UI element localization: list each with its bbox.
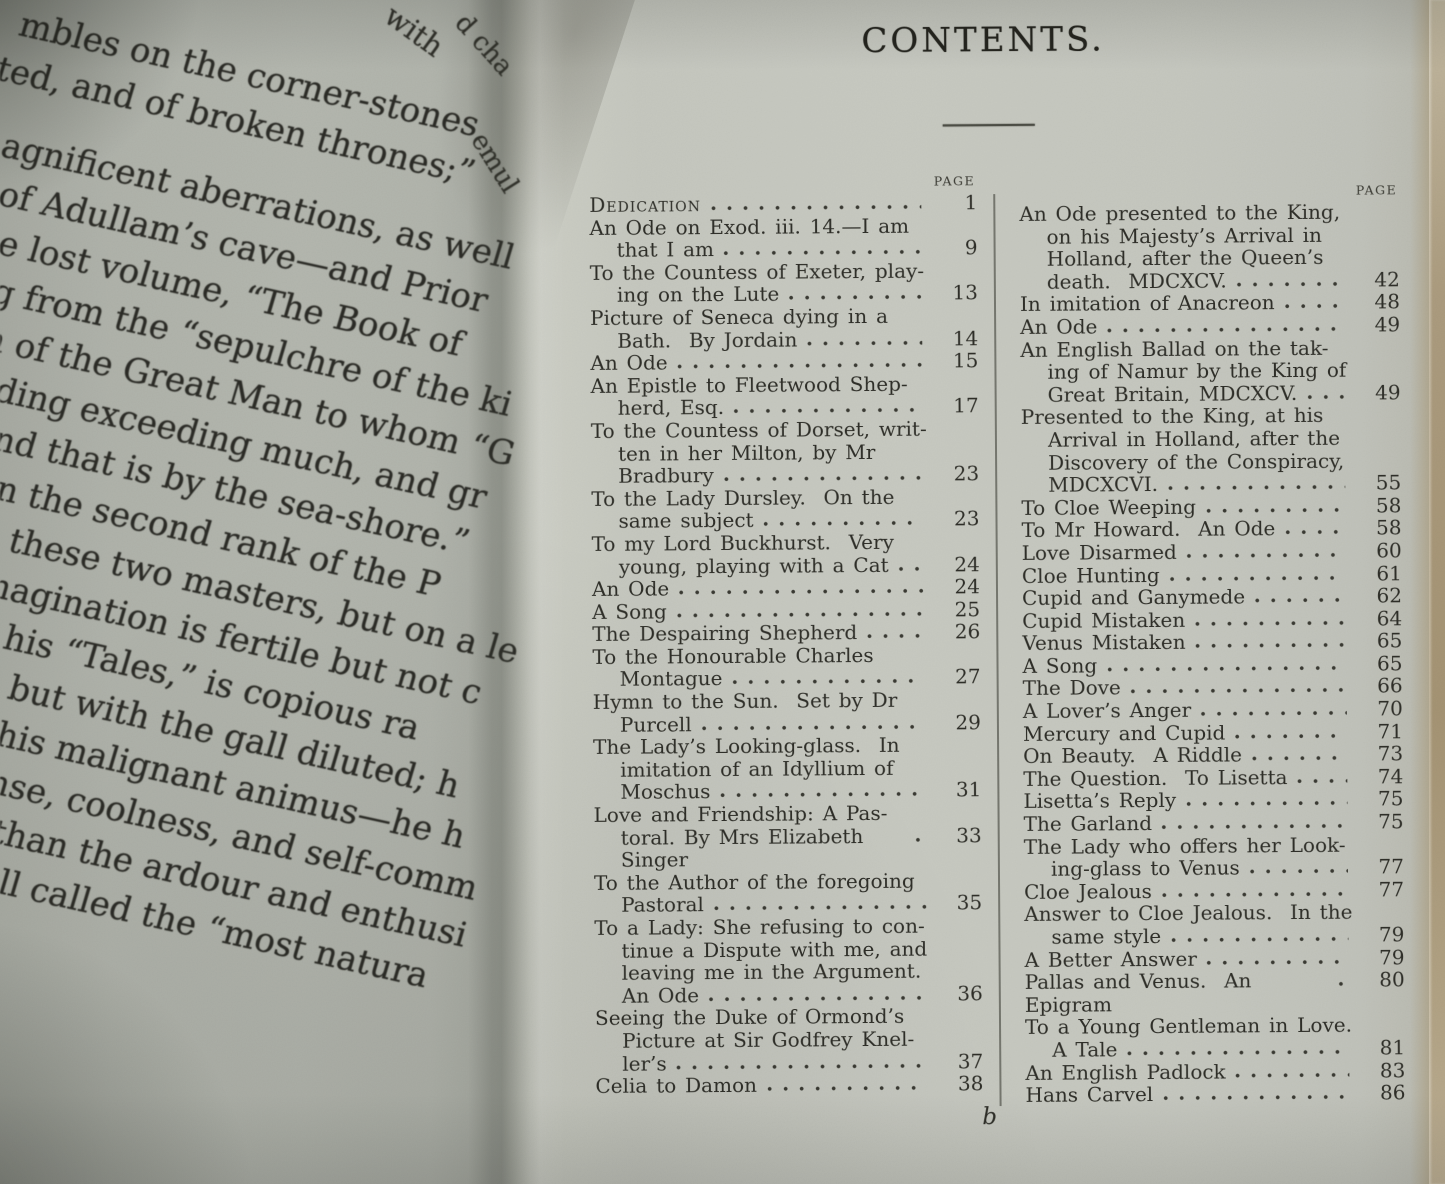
page-number: 49 bbox=[1353, 381, 1401, 404]
toc-entry-line: Hymn to the Sun. Set by Dr bbox=[593, 688, 981, 713]
page-number: 58 bbox=[1353, 494, 1401, 517]
toc-entry-text: An English Padlock bbox=[1025, 1060, 1225, 1084]
toc-entry-line: Love Disarmed60 bbox=[1022, 539, 1402, 564]
page-number: 65 bbox=[1354, 630, 1402, 653]
toc-entry-text: on his Majesty’s Arrival in bbox=[1046, 223, 1322, 248]
toc-entry-text: ten in her Milton, by Mr bbox=[618, 440, 875, 464]
toc-entry-line: The Garland75 bbox=[1024, 810, 1404, 835]
toc-entry-text: leaving me in the Argument. bbox=[622, 960, 922, 985]
toc-entry-text: ing of Namur by the King of bbox=[1047, 359, 1346, 384]
page-number: 26 bbox=[932, 620, 980, 643]
page-number: 33 bbox=[934, 824, 982, 847]
toc-entry-text: An Ode bbox=[622, 984, 699, 1007]
toc-entry-text: MDCXCVI. bbox=[1048, 473, 1158, 496]
toc-entry-text: Cupid Mistaken bbox=[1022, 608, 1185, 632]
toc-entry-line: Dedication1 bbox=[589, 191, 977, 216]
page-title: CONTENTS. bbox=[588, 17, 1378, 63]
page-number: 42 bbox=[1352, 268, 1400, 291]
page-number: 77 bbox=[1356, 878, 1404, 901]
toc-entry-line: Montague27 bbox=[593, 666, 981, 691]
leader-dots bbox=[1186, 801, 1347, 807]
toc-entry-text: On Beauty. A Riddle bbox=[1023, 744, 1242, 768]
leader-dots bbox=[714, 905, 926, 911]
toc-entry-line: ing of Namur by the King of bbox=[1020, 358, 1400, 383]
toc-entry-line: To Cloe Weeping58 bbox=[1021, 494, 1401, 519]
toc-entry-text: Moschus bbox=[620, 781, 710, 804]
column-divider-rule bbox=[993, 194, 1001, 1106]
toc-entry-line: ler’s37 bbox=[595, 1050, 983, 1075]
toc-entry: The Dove66 bbox=[1023, 675, 1403, 700]
page-number: 75 bbox=[1355, 788, 1403, 811]
toc-entry-line: Celia to Damon38 bbox=[595, 1072, 983, 1097]
toc-entry-text: The Garland bbox=[1024, 812, 1153, 835]
toc-entry-line: A Song25 bbox=[592, 598, 980, 623]
toc-entry-text: Answer to Cloe Jealous. In the bbox=[1024, 901, 1352, 926]
contents-page: CONTENTS. PAGE Dedication1An Ode on Exod… bbox=[0, 0, 1445, 1184]
toc-entry: To the Honourable CharlesMontague27 bbox=[592, 643, 980, 691]
toc-entry-line: Holland, after the Queen’s bbox=[1020, 245, 1400, 270]
toc-entry-text: Discovery of the Conspiracy, bbox=[1048, 449, 1344, 474]
page-number: 24 bbox=[932, 575, 980, 598]
toc-entry-text: An Ode presented to the King, bbox=[1019, 201, 1340, 226]
page-header-left: PAGE bbox=[589, 174, 977, 191]
toc-entry-text: Picture of Seneca dying in a bbox=[590, 305, 888, 330]
leader-dots bbox=[702, 724, 925, 731]
toc-entry-text: ing on the Lute bbox=[617, 283, 780, 307]
toc-entry: To a Lady: She refusing to con-tinue a D… bbox=[594, 914, 983, 1007]
toc-entry: Picture of Seneca dying in aBath. By Jor… bbox=[590, 304, 978, 352]
leader-dots bbox=[916, 837, 926, 842]
toc-entry-line: Answer to Cloe Jealous. In the bbox=[1024, 901, 1404, 926]
toc-entry: Mercury and Cupid71 bbox=[1023, 720, 1403, 745]
toc-entry-line: Mercury and Cupid71 bbox=[1023, 720, 1403, 745]
leader-dots bbox=[1107, 666, 1346, 673]
toc-entry-line: An Ode49 bbox=[1020, 313, 1400, 338]
toc-entry-text: Hans Carvel bbox=[1025, 1083, 1153, 1106]
toc-entry: Pallas and Venus. An Epigram80 bbox=[1025, 968, 1405, 1016]
page-number: 70 bbox=[1355, 697, 1403, 720]
toc-entry: Dedication1 bbox=[589, 191, 977, 216]
toc-entry-line: Picture of Seneca dying in a bbox=[590, 304, 978, 329]
toc-entry-line: Bath. By Jordain14 bbox=[590, 327, 978, 352]
page-number: 36 bbox=[935, 982, 983, 1005]
toc-entry: An Ode15 bbox=[590, 349, 978, 374]
toc-entry-line: To the Author of the foregoing bbox=[594, 869, 982, 894]
toc-entry-text: Purcell bbox=[620, 713, 692, 736]
toc-entry: An Ode on Exod. iii. 14.—I amthat I am9 bbox=[589, 214, 977, 262]
page-number: 81 bbox=[1357, 1036, 1405, 1059]
toc-entry-line: Great Britain, MDCXCV.49 bbox=[1021, 381, 1401, 406]
toc-entry-text: The Question. To Lisetta bbox=[1023, 766, 1287, 790]
toc-entry-text: An Epistle to Fleetwood Shep- bbox=[590, 372, 907, 397]
toc-entry-line: Moschus31 bbox=[593, 779, 981, 804]
toc-entry: To my Lord Buckhurst. Veryyoung, playing… bbox=[592, 530, 980, 578]
toc-entry-line: same subject23 bbox=[591, 508, 979, 533]
toc-entry-line: To the Honourable Charles bbox=[592, 643, 980, 668]
toc-entry: Venus Mistaken65 bbox=[1022, 630, 1402, 655]
toc-entry: In imitation of Anacreon48 bbox=[1020, 291, 1400, 316]
toc-entry-text: To a Lady: She refusing to con- bbox=[594, 915, 924, 940]
toc-entry: Lisetta’s Reply75 bbox=[1023, 788, 1403, 813]
leader-dots bbox=[899, 566, 924, 571]
toc-entry-line: An Ode24 bbox=[592, 575, 980, 600]
page-number: 61 bbox=[1354, 562, 1402, 585]
toc-entry: To a Young Gentleman in Love.A Tale81 bbox=[1025, 1014, 1405, 1062]
toc-entry-text: Pastoral bbox=[621, 894, 704, 917]
toc-entry: An Ode presented to the King,on his Maje… bbox=[1019, 200, 1400, 293]
title-rule bbox=[943, 124, 1035, 127]
toc-entry: To Mr Howard. An Ode58 bbox=[1021, 517, 1401, 542]
toc-entry-line: ing-glass to Venus77 bbox=[1024, 855, 1404, 880]
toc-entry-text: Love and Friendship: A Pas- bbox=[593, 802, 887, 827]
toc-entry-line: To Mr Howard. An Ode58 bbox=[1021, 517, 1401, 542]
toc-entry-text: Love Disarmed bbox=[1022, 541, 1177, 565]
page-number: 74 bbox=[1355, 765, 1403, 788]
leader-dots bbox=[1196, 643, 1347, 649]
page-number: 77 bbox=[1356, 855, 1404, 878]
toc-entry-line: To the Countess of Dorset, writ- bbox=[591, 417, 979, 442]
toc-entry-line: Pallas and Venus. An Epigram80 bbox=[1025, 968, 1405, 1016]
toc-entry-line: An English Padlock83 bbox=[1025, 1059, 1405, 1084]
toc-entry-text: To Cloe Weeping bbox=[1021, 495, 1196, 519]
page-number: 65 bbox=[1354, 652, 1402, 675]
toc-entry-line: The Lady’s Looking-glass. In bbox=[593, 733, 981, 758]
toc-entry-line: on his Majesty’s Arrival in bbox=[1019, 223, 1399, 248]
toc-entry-line: Love and Friendship: A Pas- bbox=[593, 801, 981, 826]
toc-entry-text: A Lover’s Anger bbox=[1023, 699, 1191, 723]
page-number: 35 bbox=[934, 892, 982, 915]
toc-entry: Seeing the Duke of Ormond’sPicture at Si… bbox=[595, 1005, 983, 1075]
toc-entry: Hymn to the Sun. Set by DrPurcell29 bbox=[593, 688, 981, 736]
toc-entry-text: same subject bbox=[618, 509, 753, 533]
toc-entry-line: Cupid and Ganymede62 bbox=[1022, 584, 1402, 609]
toc-entry: Answer to Cloe Jealous. In thesame style… bbox=[1024, 901, 1404, 949]
toc-entry: To Cloe Weeping58 bbox=[1021, 494, 1401, 519]
toc-entry-line: Venus Mistaken65 bbox=[1022, 630, 1402, 655]
toc-entry-text: same style bbox=[1051, 925, 1161, 948]
toc-entry: Cloe Hunting61 bbox=[1022, 562, 1402, 587]
page-number: 9 bbox=[930, 236, 978, 259]
leader-dots bbox=[1131, 688, 1347, 695]
leader-dots bbox=[1285, 304, 1344, 309]
page-number: 31 bbox=[933, 779, 981, 802]
leader-dots bbox=[1163, 1095, 1349, 1101]
toc-entry-line: death. MDCXCV.42 bbox=[1020, 268, 1400, 293]
toc-entry-line: Cloe Hunting61 bbox=[1022, 562, 1402, 587]
toc-entry-line: The Dove66 bbox=[1023, 675, 1403, 700]
leader-dots bbox=[767, 1086, 928, 1092]
toc-entry-line: A Tale81 bbox=[1025, 1036, 1405, 1061]
toc-entry: An English Padlock83 bbox=[1025, 1059, 1405, 1084]
toc-entry-text: herd, Esq. bbox=[618, 396, 724, 419]
toc-entry-line: young, playing with a Cat24 bbox=[592, 553, 980, 578]
page-number: 23 bbox=[931, 462, 979, 485]
toc-entry-line: On Beauty. A Riddle73 bbox=[1023, 743, 1403, 768]
leader-dots bbox=[1236, 1072, 1350, 1078]
toc-entry-text: An Ode bbox=[592, 577, 669, 600]
toc-entry-line: In imitation of Anacreon48 bbox=[1020, 291, 1400, 316]
toc-entry-text: Picture at Sir Godfrey Knel- bbox=[622, 1028, 914, 1053]
toc-entry: Love and Friendship: A Pas-toral. By Mrs… bbox=[593, 801, 981, 871]
toc-entry: The Lady’s Looking-glass. Inimitation of… bbox=[593, 733, 981, 803]
toc-entry-text: Great Britain, MDCXCV. bbox=[1048, 382, 1298, 406]
toc-entry-line: An Ode presented to the King, bbox=[1019, 200, 1399, 225]
toc-entry-text: that I am bbox=[617, 238, 715, 261]
leader-dots bbox=[724, 476, 923, 482]
leader-dots bbox=[1250, 869, 1348, 875]
toc-entry: An English Ballad on the tak-ing of Namu… bbox=[1020, 336, 1400, 406]
toc-entry: Celia to Damon38 bbox=[595, 1072, 983, 1097]
toc-entry-text: toral. By Mrs Elizabeth Singer bbox=[621, 824, 906, 871]
toc-entry: An Ode49 bbox=[1020, 313, 1400, 338]
leader-dots bbox=[1339, 982, 1349, 987]
page-number: 58 bbox=[1353, 517, 1401, 540]
toc-entry-text: To the Honourable Charles bbox=[592, 644, 873, 669]
page-number: 80 bbox=[1357, 968, 1405, 991]
toc-entry-line: MDCXCVI.55 bbox=[1021, 471, 1401, 496]
page-number: 23 bbox=[931, 508, 979, 531]
page-number: 48 bbox=[1352, 291, 1400, 314]
page-number: 60 bbox=[1354, 539, 1402, 562]
toc-column-right: PAGE An Ode presented to the King,on his… bbox=[1019, 183, 1405, 1106]
toc-entry-text: To the Author of the foregoing bbox=[594, 869, 915, 894]
toc-entry-line: Discovery of the Conspiracy, bbox=[1021, 449, 1401, 474]
toc-entry-text: imitation of an Idyllium of bbox=[620, 757, 893, 782]
toc-entry: The Lady who offers her Look-ing-glass t… bbox=[1024, 833, 1404, 881]
page-number: 15 bbox=[930, 349, 978, 372]
toc-entry-text: To my Lord Buckhurst. Very bbox=[592, 531, 894, 556]
page-number: 79 bbox=[1356, 923, 1404, 946]
leader-dots bbox=[711, 205, 921, 211]
leader-dots bbox=[709, 995, 927, 1002]
toc-entry: On Beauty. A Riddle73 bbox=[1023, 743, 1403, 768]
leader-dots bbox=[807, 340, 922, 346]
toc-entry-line: A Song65 bbox=[1022, 652, 1402, 677]
toc-entry-line: tinue a Dispute with me, and bbox=[594, 937, 982, 962]
toc-entry-text: The Despairing Shepherd bbox=[592, 621, 857, 645]
toc-entry-line: Picture at Sir Godfrey Knel- bbox=[595, 1027, 983, 1052]
toc-entry-text: young, playing with a Cat bbox=[619, 553, 889, 577]
toc-entry-text: To the Countess of Exeter, play- bbox=[590, 259, 924, 284]
page-number: 71 bbox=[1355, 720, 1403, 743]
leader-dots bbox=[1187, 553, 1346, 559]
toc-entry-text: Cupid and Ganymede bbox=[1022, 585, 1245, 609]
leader-dots bbox=[1235, 733, 1347, 739]
page-header-right: PAGE bbox=[1019, 183, 1399, 200]
toc-entry-line: To a Young Gentleman in Love. bbox=[1025, 1014, 1405, 1039]
leader-dots bbox=[720, 792, 925, 798]
leader-dots bbox=[1171, 937, 1348, 943]
toc-entry-line: An Ode on Exod. iii. 14.—I am bbox=[589, 214, 977, 239]
toc-entry-line: same style79 bbox=[1024, 923, 1404, 948]
page-number: 24 bbox=[932, 553, 980, 576]
leader-dots bbox=[1201, 711, 1347, 717]
toc-entry-text: ler’s bbox=[622, 1052, 667, 1075]
page-number: 27 bbox=[933, 666, 981, 689]
page-number: 66 bbox=[1355, 675, 1403, 698]
leader-dots bbox=[1298, 778, 1348, 783]
toc-entry-text: Pallas and Venus. An Epigram bbox=[1025, 969, 1329, 1016]
leader-dots bbox=[1195, 620, 1346, 626]
toc-entry-line: Hans Carvel86 bbox=[1025, 1081, 1405, 1106]
leader-dots bbox=[1162, 824, 1348, 830]
toc-entry-text: A Better Answer bbox=[1024, 947, 1196, 971]
toc-entry-text: Holland, after the Queen’s bbox=[1047, 246, 1324, 271]
leader-dots bbox=[1285, 530, 1345, 535]
page-number: 86 bbox=[1357, 1081, 1405, 1104]
leader-dots bbox=[1127, 1050, 1349, 1057]
toc-entry-line: A Lover’s Anger70 bbox=[1023, 697, 1403, 722]
toc-entry: The Question. To Lisetta74 bbox=[1023, 765, 1403, 790]
leader-dots bbox=[1255, 598, 1346, 604]
toc-entry: A Lover’s Anger70 bbox=[1023, 697, 1403, 722]
toc-entry-line: To my Lord Buckhurst. Very bbox=[592, 530, 980, 555]
toc-entry-text: The Lady’s Looking-glass. In bbox=[593, 734, 900, 759]
toc-entry-line: Seeing the Duke of Ormond’s bbox=[595, 1005, 983, 1030]
page-number: 37 bbox=[935, 1050, 983, 1073]
toc-entry-text: A Song bbox=[1022, 654, 1097, 677]
toc-entry-line: An Ode15 bbox=[590, 349, 978, 374]
toc-entry-line: To the Countess of Exeter, play- bbox=[590, 259, 978, 284]
leader-dots bbox=[733, 679, 925, 685]
page-number: 62 bbox=[1354, 584, 1402, 607]
toc-entry-line: Purcell29 bbox=[593, 711, 981, 736]
page-number: 13 bbox=[930, 282, 978, 305]
toc-entry-line: toral. By Mrs Elizabeth Singer33 bbox=[594, 824, 982, 872]
leader-dots bbox=[1207, 959, 1349, 965]
toc-entry-text: To the Countess of Dorset, writ- bbox=[591, 418, 927, 443]
leader-dots bbox=[1252, 756, 1347, 762]
toc-entry-text: Bath. By Jordain bbox=[617, 328, 797, 352]
toc-entry: To the Countess of Dorset, writ-ten in h… bbox=[591, 417, 979, 487]
toc-entry-line: Bradbury23 bbox=[591, 462, 979, 487]
toc-entry: To the Lady Dursley. On thesame subject2… bbox=[591, 485, 979, 533]
toc-entry-text: Dedication bbox=[589, 193, 701, 216]
toc-column-left: PAGE Dedication1An Ode on Exod. iii. 14.… bbox=[589, 174, 983, 1097]
toc-entry: To the Countess of Exeter, play-ing on t… bbox=[590, 259, 978, 307]
toc-entry-text: ing-glass to Venus bbox=[1051, 857, 1240, 881]
signature-mark: b bbox=[970, 1104, 1010, 1130]
toc-entry-line: An Epistle to Fleetwood Shep- bbox=[590, 372, 978, 397]
toc-entry-text: Celia to Damon bbox=[595, 1074, 757, 1098]
page-number: 1 bbox=[929, 191, 977, 214]
leader-dots bbox=[679, 589, 924, 596]
toc-entry-text: death. MDCXCV. bbox=[1047, 269, 1227, 293]
page-number: 14 bbox=[930, 327, 978, 350]
toc-entry: Presented to the King, at hisArrival in … bbox=[1021, 404, 1402, 497]
toc-entry-line: An Ode36 bbox=[595, 982, 983, 1007]
page-number: 25 bbox=[932, 598, 980, 621]
toc-entry: To the Author of the foregoingPastoral35 bbox=[594, 869, 982, 917]
leader-dots bbox=[1307, 394, 1344, 399]
toc-entry-line: The Lady who offers her Look- bbox=[1024, 833, 1404, 858]
toc-entry-line: Lisetta’s Reply75 bbox=[1023, 788, 1403, 813]
toc-entry-line: ten in her Milton, by Mr bbox=[591, 440, 979, 465]
toc-entry-text: The Dove bbox=[1023, 677, 1121, 700]
leader-dots bbox=[734, 408, 923, 414]
toc-entry-text: Lisetta’s Reply bbox=[1023, 789, 1176, 813]
page-number: 64 bbox=[1354, 607, 1402, 630]
leader-dots bbox=[1206, 507, 1345, 513]
toc-entry-text: To a Young Gentleman in Love. bbox=[1025, 1014, 1352, 1039]
page-number: 29 bbox=[933, 711, 981, 734]
toc-entry-line: leaving me in the Argument. bbox=[595, 959, 983, 984]
toc-entry-text: In imitation of Anacreon bbox=[1020, 292, 1275, 316]
toc-entry: The Despairing Shepherd26 bbox=[592, 620, 980, 645]
toc-entry-line: Presented to the King, at his bbox=[1021, 404, 1401, 429]
toc-entry-text: A Tale bbox=[1052, 1038, 1117, 1061]
toc-entry-text: Bradbury bbox=[618, 464, 714, 487]
toc-entry-text: An Ode bbox=[1020, 315, 1097, 338]
toc-entry: A Song25 bbox=[592, 598, 980, 623]
toc-entry-line: The Question. To Lisetta74 bbox=[1023, 765, 1403, 790]
toc-entry: Love Disarmed60 bbox=[1022, 539, 1402, 564]
page-number: 49 bbox=[1352, 313, 1400, 336]
leader-dots bbox=[677, 611, 924, 618]
leader-dots bbox=[1170, 575, 1346, 581]
leader-dots bbox=[1237, 281, 1344, 287]
toc-entry-text: Arrival in Holland, after the bbox=[1048, 427, 1340, 452]
leader-dots bbox=[724, 250, 922, 256]
book-photo: mbles on the corner-stonesnted, and of b… bbox=[0, 0, 1445, 1184]
toc-entry-text: An Ode bbox=[590, 352, 667, 375]
page-number: 38 bbox=[935, 1072, 983, 1095]
toc-entry-text: To Mr Howard. An Ode bbox=[1021, 517, 1275, 541]
toc-entry: Hans Carvel86 bbox=[1025, 1081, 1405, 1106]
page-number: 55 bbox=[1353, 471, 1401, 494]
page-number: 75 bbox=[1356, 810, 1404, 833]
leader-dots bbox=[677, 1063, 928, 1070]
toc-entry-line: To the Lady Dursley. On the bbox=[591, 485, 979, 510]
toc-entry-text: Venus Mistaken bbox=[1022, 631, 1185, 655]
page-number: 17 bbox=[931, 395, 979, 418]
toc-entry: Cupid Mistaken64 bbox=[1022, 607, 1402, 632]
page-number: 73 bbox=[1355, 743, 1403, 766]
page-number: 79 bbox=[1356, 946, 1404, 969]
toc-entry-line: The Despairing Shepherd26 bbox=[592, 620, 980, 645]
toc-entry-line: imitation of an Idyllium of bbox=[593, 756, 981, 781]
toc-entry-text: Hymn to the Sun. Set by Dr bbox=[593, 689, 898, 714]
toc-entry-line: ing on the Lute13 bbox=[590, 282, 978, 307]
toc-entry-line: A Better Answer79 bbox=[1024, 946, 1404, 971]
toc-entry-text: Mercury and Cupid bbox=[1023, 721, 1225, 745]
toc-entry: A Song65 bbox=[1022, 652, 1402, 677]
toc-entry-text: The Lady who offers her Look- bbox=[1024, 833, 1346, 858]
page-number: 83 bbox=[1357, 1059, 1405, 1082]
toc-entry: A Better Answer79 bbox=[1024, 946, 1404, 971]
leader-dots bbox=[764, 521, 924, 527]
toc-entry: The Garland75 bbox=[1024, 810, 1404, 835]
toc-entry-text: A Song bbox=[592, 600, 667, 623]
toc-entry: Cupid and Ganymede62 bbox=[1022, 584, 1402, 609]
leader-dots bbox=[1162, 891, 1348, 897]
toc-entry-line: Cupid Mistaken64 bbox=[1022, 607, 1402, 632]
leader-dots bbox=[789, 295, 922, 301]
leader-dots bbox=[1168, 485, 1345, 491]
toc-entry-text: Montague bbox=[620, 667, 723, 690]
leader-dots bbox=[1107, 327, 1344, 334]
toc-entry-text: Cloe Hunting bbox=[1022, 563, 1160, 587]
toc-entry-text: Cloe Jealous bbox=[1024, 880, 1152, 903]
toc-entry: An Ode24 bbox=[592, 575, 980, 600]
leader-dots bbox=[867, 634, 924, 639]
toc-entry-text: To the Lady Dursley. On the bbox=[591, 486, 894, 511]
leader-dots bbox=[678, 363, 923, 370]
toc-entry: An Epistle to Fleetwood Shep-herd, Esq.1… bbox=[590, 372, 978, 420]
toc-entry-text: An Ode on Exod. iii. 14.—I am bbox=[589, 214, 909, 239]
